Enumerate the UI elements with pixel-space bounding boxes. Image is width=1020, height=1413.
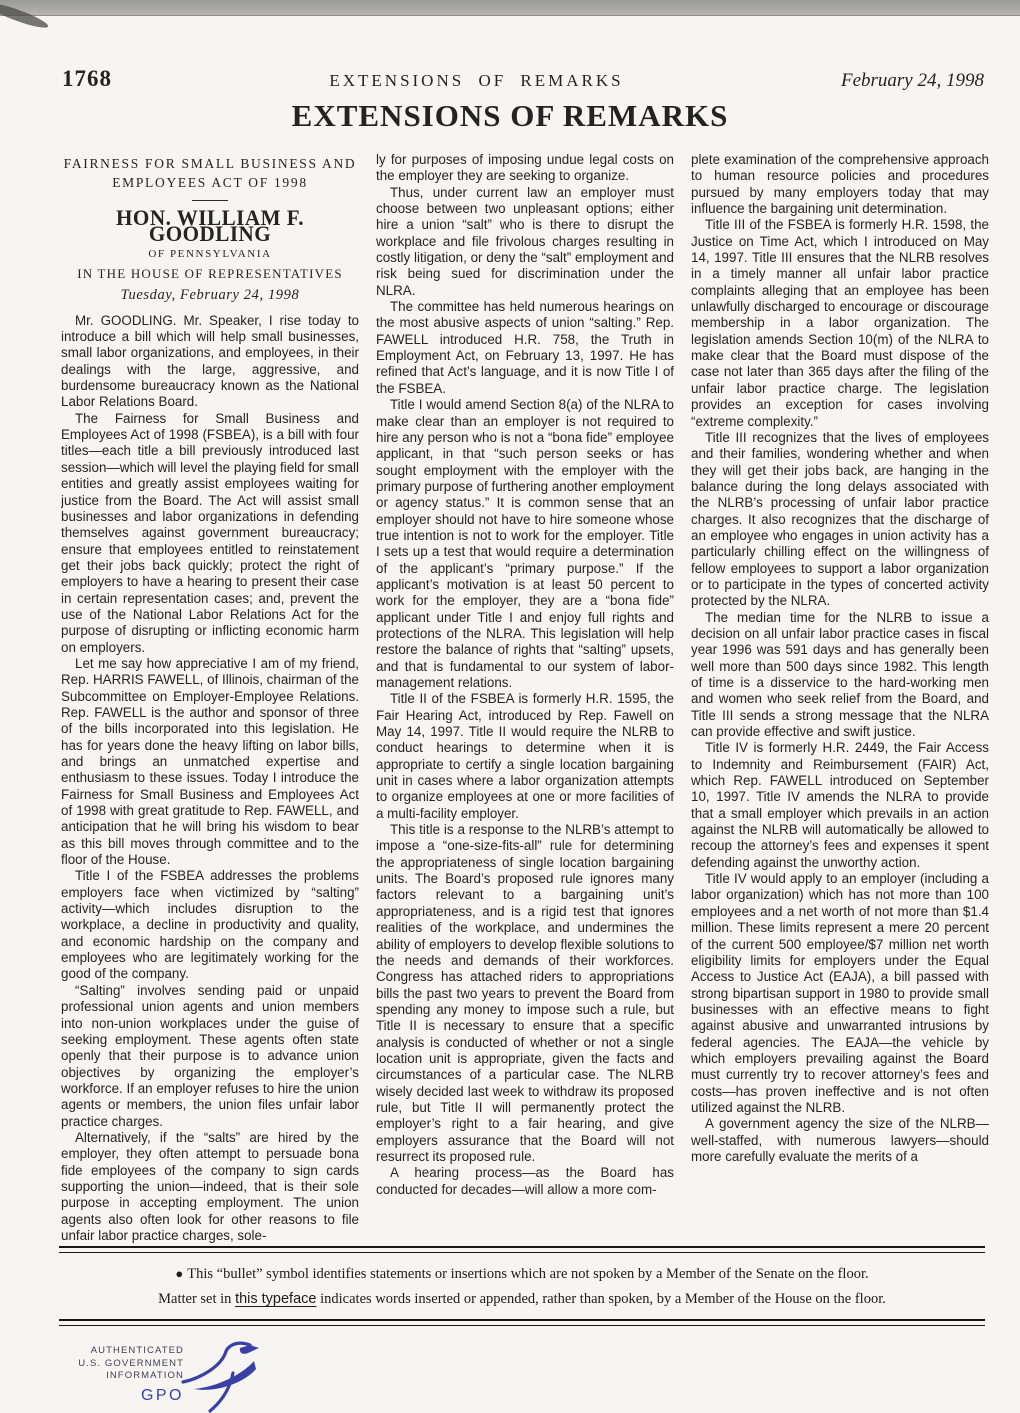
paragraph: This title is a response to the NLRB’s a… [376,822,674,1165]
paragraph: Title III of the FSBEA is formerly H.R. … [691,217,989,429]
paragraph: Title III recognizes that the lives of e… [691,430,989,610]
article-title: FAIRNESS FOR SMALL BUSINESS AND EMPLOYEE… [61,154,359,192]
paragraph: The median time for the NLRB to issue a … [691,610,989,741]
paragraph: The Fairness for Small Business and Empl… [61,411,359,656]
paragraph: A government agency the size of the NLRB… [691,1116,989,1165]
paragraph: ly for purposes of imposing undue legal … [376,152,674,185]
gpo-line1: AUTHENTICATED [66,1345,184,1358]
header-date: February 24, 1998 [841,70,984,92]
session-date: Tuesday, February 24, 1998 [61,287,359,303]
column-2: ly for purposes of imposing undue legal … [376,152,674,1246]
gpo-authenticated-text: AUTHENTICATED U.S. GOVERNMENT INFORMATIO… [66,1345,184,1383]
paragraph: Let me say how appreciative I am of my f… [61,656,359,868]
gpo-wordmark: GPO [66,1387,184,1405]
column-3: plete examination of the comprehensive a… [691,152,989,1246]
paragraph: Title I of the FSBEA addresses the probl… [61,868,359,982]
column-2-body: ly for purposes of imposing undue legal … [376,152,674,1198]
column-3-body: plete examination of the comprehensive a… [691,152,989,1165]
paragraph: Title I would amend Section 8(a) of the … [376,397,674,691]
typeface-note: Matter set in this typeface indicates wo… [59,1287,985,1312]
bullet-note: ●This “bullet” symbol identifies stateme… [59,1261,985,1287]
floor-statement-notice: ●This “bullet” symbol identifies stateme… [59,1246,985,1326]
paragraph: Thus, under current law an employer must… [376,185,674,299]
gpo-eagle-icon [178,1337,264,1413]
paragraph: Title IV is formerly H.R. 2449, the Fair… [691,740,989,871]
title-separator [192,200,228,201]
congressional-record-page: 1768 EXTENSIONS OF REMARKS February 24, … [0,0,1020,1413]
gpo-line3: INFORMATION [66,1370,184,1383]
footer-top-rule [59,1246,985,1253]
paragraph: “Salting” involves sending paid or unpai… [61,983,359,1130]
typeface-sample: this typeface [235,1291,316,1307]
footer-bottom-rule [59,1319,985,1326]
gpo-authentication-logo: AUTHENTICATED U.S. GOVERNMENT INFORMATIO… [66,1337,256,1409]
typeface-note-suffix: indicates words inserted or appended, ra… [316,1291,885,1307]
speaker-state: OF PENNSYLVANIA [61,246,359,262]
paragraph: plete examination of the comprehensive a… [691,152,989,217]
footer-text: ●This “bullet” symbol identifies stateme… [59,1253,985,1319]
scan-edge-band [0,0,1020,16]
running-title: EXTENSIONS OF REMARKS [112,71,841,91]
paragraph: Title IV would apply to an employer (inc… [691,871,989,1116]
chamber-line: IN THE HOUSE OF REPRESENTATIVES [61,266,359,282]
typeface-note-prefix: Matter set in [158,1291,235,1307]
column-1-body: Mr. GOODLING. Mr. Speaker, I rise today … [61,313,359,1245]
paragraph: Title II of the FSBEA is formerly H.R. 1… [376,691,674,822]
paragraph: The committee has held numerous hearings… [376,299,674,397]
gpo-line2: U.S. GOVERNMENT [66,1358,184,1371]
article-columns: FAIRNESS FOR SMALL BUSINESS AND EMPLOYEE… [61,152,989,1246]
paragraph: Mr. GOODLING. Mr. Speaker, I rise today … [61,313,359,411]
bullet-note-text: This “bullet” symbol identifies statemen… [187,1266,868,1282]
column-1: FAIRNESS FOR SMALL BUSINESS AND EMPLOYEE… [61,152,359,1246]
bullet-icon: ● [175,1266,183,1281]
speaker-name: HON. WILLIAM F. GOODLING [67,210,353,243]
paragraph: Alternatively, if the “salts” are hired … [61,1130,359,1244]
section-title: EXTENSIONS OF REMARKS [0,98,1020,134]
paragraph: A hearing process—as the Board has condu… [376,1165,674,1198]
page-number: 1768 [62,66,112,92]
running-header: 1768 EXTENSIONS OF REMARKS February 24, … [62,66,984,92]
